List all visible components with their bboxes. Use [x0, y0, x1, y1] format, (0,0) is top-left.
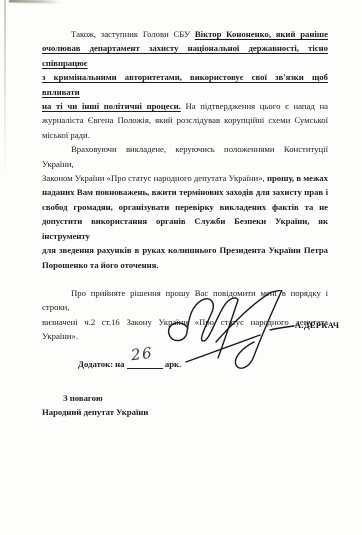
text-line: очолював департамент захисту національно… — [42, 41, 328, 70]
text-line: свобод громадян, організувати перевірку … — [42, 200, 328, 214]
closing-block: З повагою Народний депутат України — [42, 391, 328, 420]
closing-title: Народний депутат України — [42, 405, 328, 419]
paragraph-2: Враховуючи викладене, керуючись положенн… — [42, 142, 328, 272]
text-line: з кримінальними авторитетами, використов… — [42, 70, 328, 99]
handwritten-page-count: 26 — [130, 345, 154, 362]
text-line: наданих Вам повноважень, вжити термінови… — [42, 185, 328, 199]
letter-page: Також, заступник Голови СБУ Віктор Конон… — [0, 0, 362, 535]
paragraph-1: Також, заступник Голови СБУ Віктор Конон… — [42, 27, 328, 142]
text-line: для зведення рахунків в руках колишнього… — [42, 243, 328, 257]
text-line: міської ради. — [42, 128, 328, 142]
signature — [156, 290, 306, 374]
text-line: журналіста Євгена Положія, який розсліду… — [42, 113, 328, 127]
text-line: Враховуючи викладене, керуючись положенн… — [42, 142, 328, 171]
text-line: Законом України «Про статус народного де… — [42, 171, 328, 185]
text-line: на ті чи інші політичні процеси. На підт… — [42, 99, 328, 113]
scan-artifact-left-edge — [4, 0, 6, 178]
text-line: допустити використання органів Служби Бе… — [42, 214, 328, 243]
text-line: Порошенко та його оточення. — [42, 258, 328, 272]
scan-artifact-top-edge — [9, 0, 61, 4]
signer-name: А.ДЕРКАЧ — [295, 321, 339, 330]
attachment-label: Додаток: на — [78, 359, 125, 369]
closing-salutation: З повагою — [63, 391, 328, 405]
text-line: Також, заступник Голови СБУ Віктор Конон… — [42, 27, 328, 41]
